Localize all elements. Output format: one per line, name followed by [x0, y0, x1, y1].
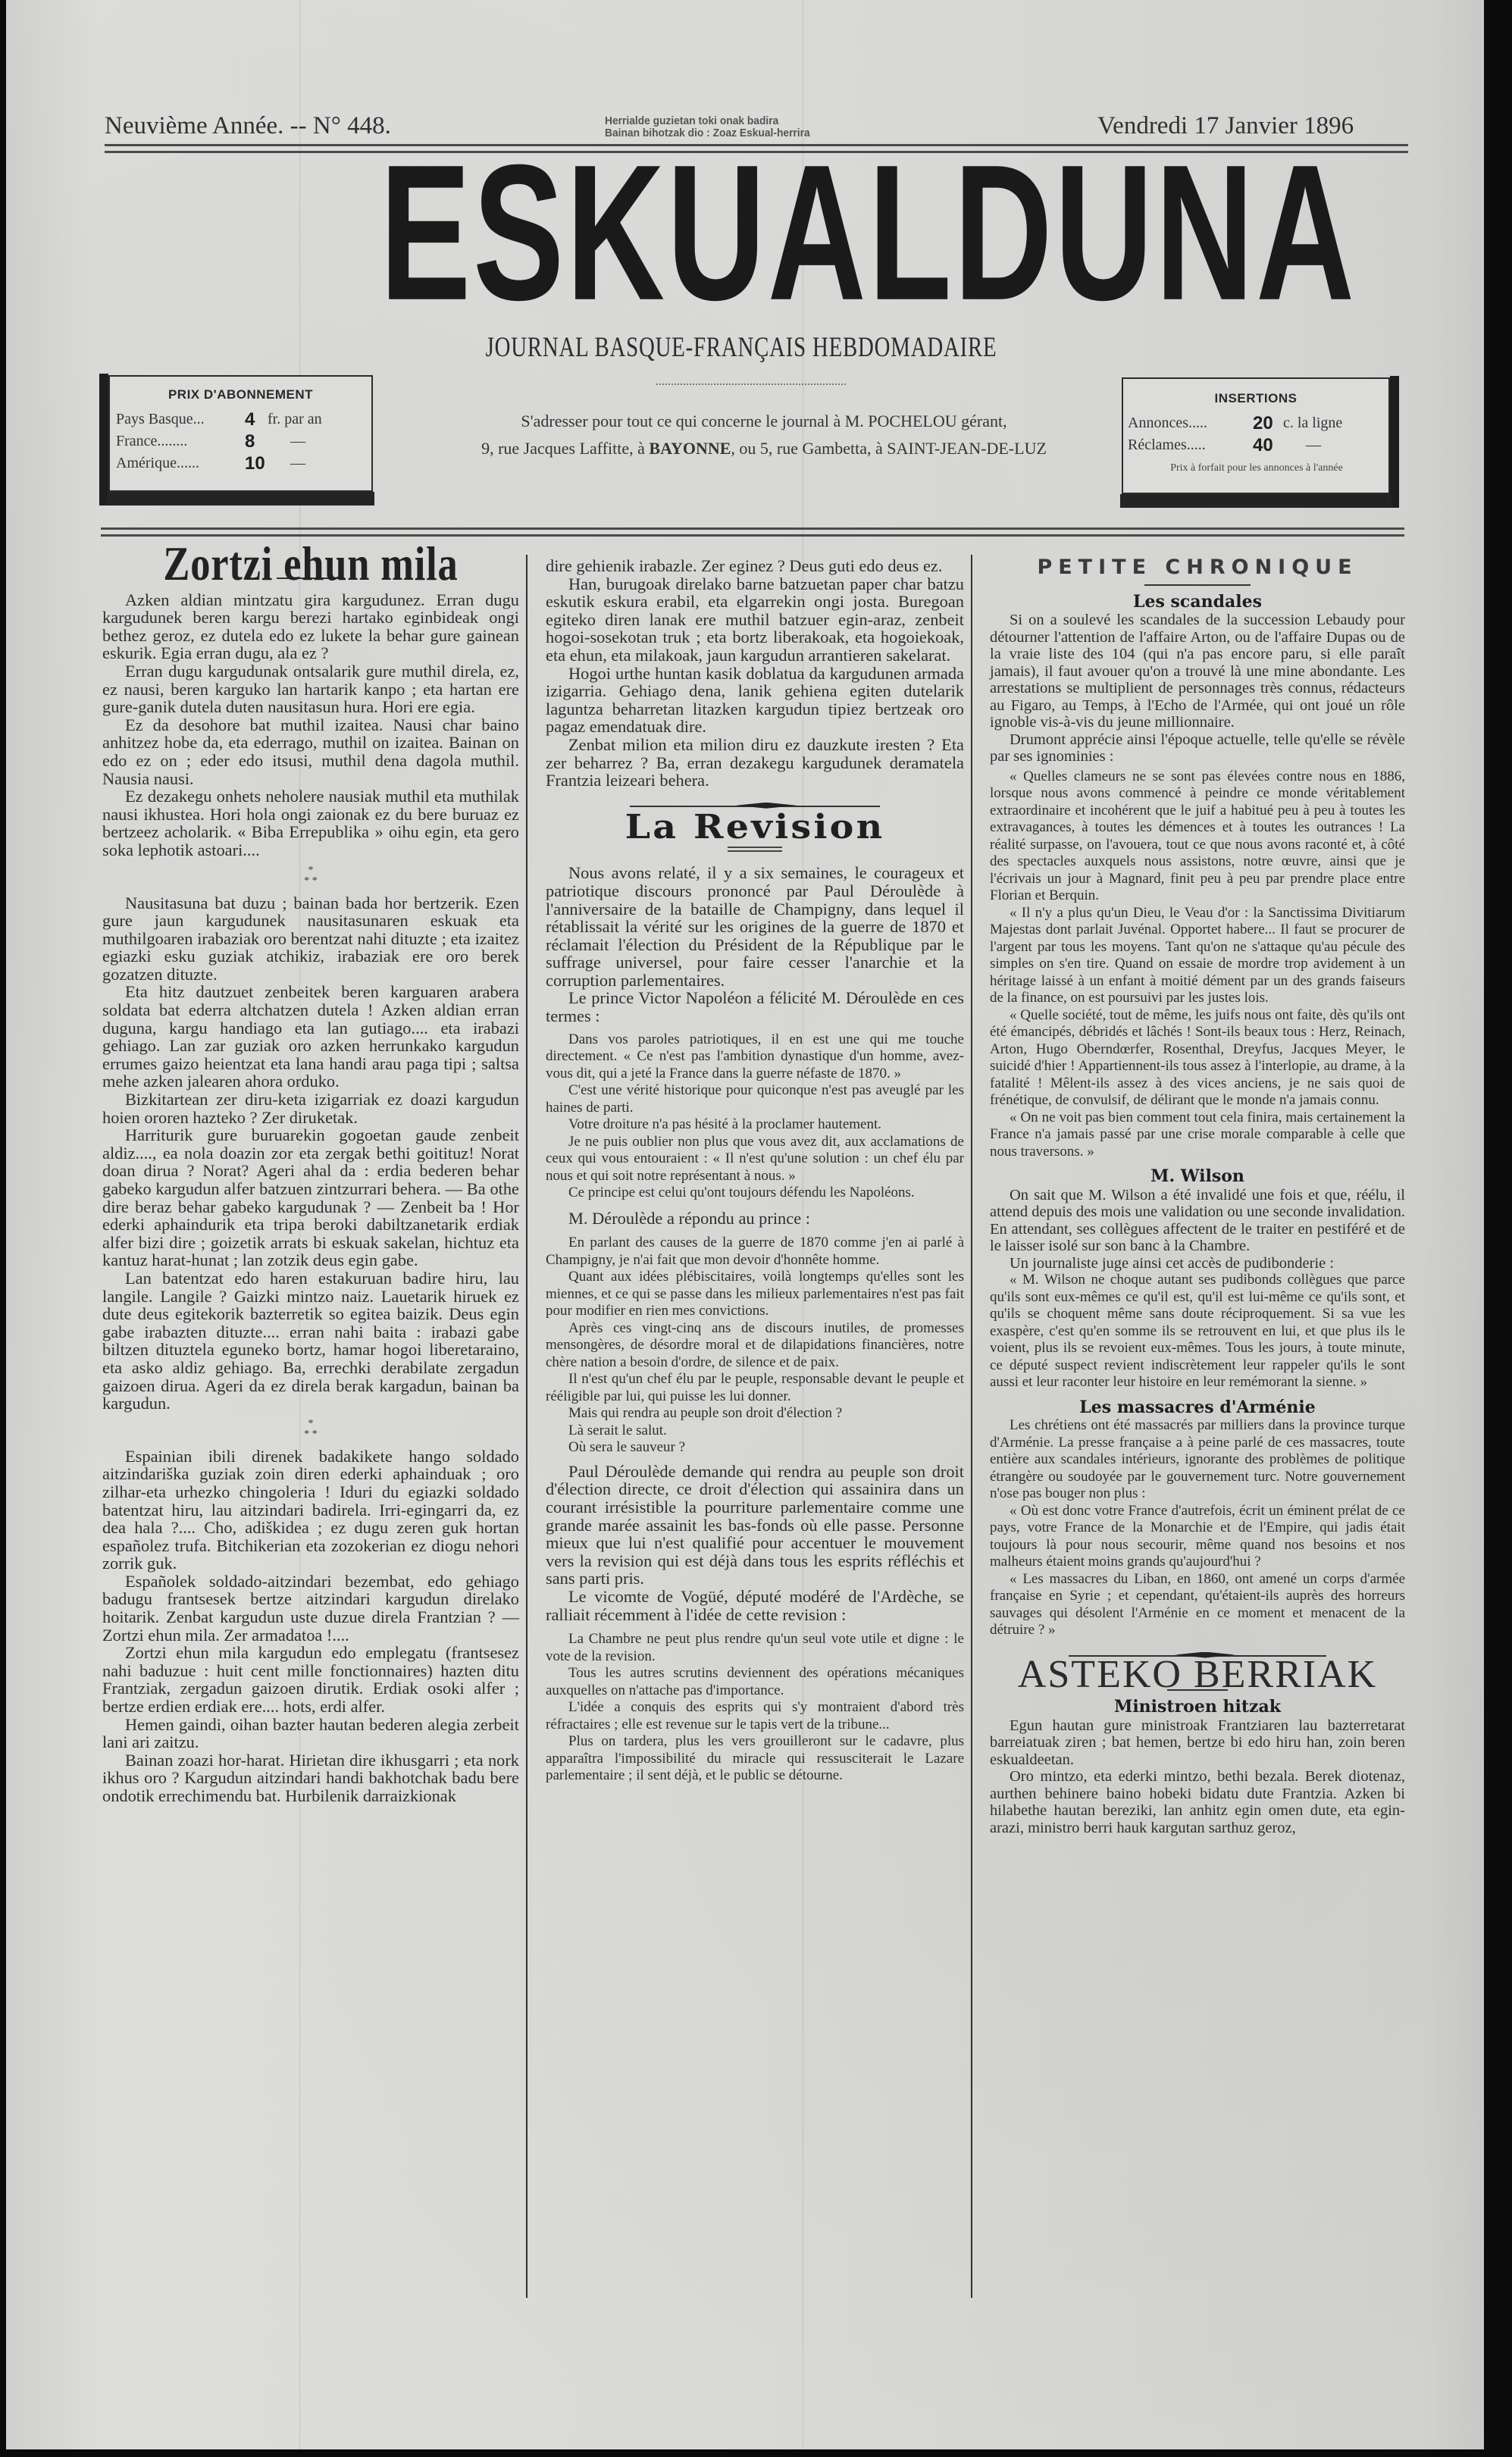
column-divider [526, 555, 527, 2298]
row-price: 20 [1253, 412, 1283, 434]
issue-number: Neuvième Année. -- N° 448. [105, 112, 391, 140]
row-unit: c. la ligne [1283, 412, 1342, 434]
section-heading: ASTEKO BERRIAK [990, 1667, 1405, 1684]
paragraph: Bainan zoazi hor-harat. Hirietan dire ik… [102, 1751, 519, 1805]
insertions-heading: INSERTIONS [1123, 391, 1388, 406]
paragraph: Harriturik gure buruarekin gogoetan gaud… [102, 1126, 519, 1269]
newspaper-page: Neuvième Année. -- N° 448. Herrialde guz… [6, 0, 1484, 2449]
paragraph: Le vicomte de Vogüé, député modéré de l'… [546, 1588, 964, 1623]
subscription-row: Pays Basque... 4 fr. par an [116, 408, 367, 430]
paragraph: Españolek soldado-aitzindari bezembat, e… [102, 1573, 519, 1644]
article-heading: Ministroen hitzak [990, 1698, 1405, 1716]
heading-rule [728, 847, 782, 852]
paragraph: Espainian ibili direnek badakikete hango… [102, 1448, 519, 1573]
paragraph: Egun hautan gure ministroak Frantziaren … [990, 1717, 1405, 1769]
insertions-box: INSERTIONS Annonces..... 20 c. la ligne … [1122, 377, 1390, 494]
row-label: Amérique...... [116, 452, 245, 474]
row-unit: — [290, 430, 305, 452]
asterism-divider: ** * [102, 1419, 519, 1440]
quote-paragraph: Plus on tardera, plus les vers grouiller… [546, 1733, 964, 1785]
quote-paragraph: « M. Wilson ne choque autant ses pudibon… [990, 1272, 1405, 1391]
row-label: Réclames..... [1128, 434, 1253, 456]
address-street: 9, rue Jacques Laffitte, à [481, 439, 649, 458]
quote-paragraph: Dans vos paroles patriotiques, il en est… [546, 1031, 964, 1083]
box-shadow [1120, 494, 1391, 508]
quote-paragraph: L'idée a conquis des esprits qui s'y mon… [546, 1699, 964, 1733]
row-unit: — [1306, 434, 1321, 456]
paragraph: Eta hitz dautzuet zenbeitek beren kargua… [102, 983, 519, 1091]
subscription-box: PRIX D'ABONNEMENT Pays Basque... 4 fr. p… [108, 375, 373, 492]
quote-paragraph: « Il n'y a plus qu'un Dieu, le Veau d'or… [990, 905, 1405, 1007]
paragraph: M. Déroulède a répondu au prince : [546, 1210, 964, 1228]
paragraph: Azken aldian mintzatu gira kargudunez. E… [102, 591, 519, 662]
paragraph: Nous avons relaté, il y a six semaines, … [546, 864, 964, 989]
quote-paragraph: « Quelles clameurs ne se sont pas élevée… [990, 768, 1405, 905]
newspaper-subtitle: JOURNAL BASQUE-FRANÇAIS HEBDOMADAIRE [475, 331, 1007, 364]
quote-paragraph: Ce principe est celui qu'ont toujours dé… [546, 1185, 964, 1202]
quote-paragraph: En parlant des causes de la guerre de 18… [546, 1235, 964, 1269]
address-line-2: 9, rue Jacques Laffitte, à BAYONNE, ou 5… [385, 435, 1143, 462]
paragraph: Lan batentzat edo haren estakuruan badir… [102, 1269, 519, 1413]
quote-paragraph: La Chambre ne peut plus rendre qu'un seu… [546, 1631, 964, 1665]
paragraph: Bizkitartean zer diru-keta izigarriak ez… [102, 1091, 519, 1126]
paragraph: Un journaliste juge ainsi cet accès de p… [990, 1255, 1405, 1272]
row-price: 10 [245, 452, 290, 474]
article-heading: M. Wilson [990, 1168, 1405, 1185]
quote-paragraph: Je ne puis oublier non plus que vous ave… [546, 1134, 964, 1185]
quote-paragraph: « Les massacres du Liban, en 1860, ont a… [990, 1571, 1405, 1639]
row-price: 4 [245, 408, 268, 430]
quote-paragraph: Tous les autres scrutins deviennent des … [546, 1665, 964, 1699]
insertions-row: Réclames..... 40 — [1128, 434, 1385, 456]
quote-paragraph: C'est une vérité historique pour quiconq… [546, 1082, 964, 1116]
paragraph: Zenbat milion eta milion diru ez dauzkut… [546, 736, 964, 790]
ornament-divider [656, 383, 846, 388]
column-2: dire gehienik irabazle. Zer eginez ? Deu… [546, 557, 964, 1785]
paragraph: Hogoi urthe huntan kasik doblatua da kar… [546, 665, 964, 736]
newspaper-title: ESKUALDUNA [380, 155, 1133, 310]
paragraph: Le prince Victor Napoléon a félicité M. … [546, 989, 964, 1025]
asterism-divider: ** * [102, 865, 519, 887]
paragraph: Ez dezakegu onhets neholere nausiak muth… [102, 787, 519, 859]
box-shadow [99, 374, 108, 505]
paragraph: Drumont apprécie ainsi l'époque actuelle… [990, 731, 1405, 765]
insertions-row: Annonces..... 20 c. la ligne [1128, 412, 1385, 434]
box-shadow [1390, 376, 1399, 508]
row-label: France........ [116, 430, 245, 452]
paragraph: Oro mintzo, eta ederki mintzo, bethi bez… [990, 1768, 1405, 1836]
section-heading: PETITE CHRONIQUE [990, 559, 1405, 577]
row-unit: fr. par an [268, 408, 322, 430]
quote-paragraph: Là serait le salut. [546, 1423, 964, 1440]
publisher-address: S'adresser pour tout ce qui concerne le … [385, 408, 1143, 462]
quote-paragraph: Votre droiture n'a pas hésité à la procl… [546, 1116, 964, 1134]
section-rule [101, 527, 1404, 530]
paragraph: Han, burugoak direlako barne batzuetan p… [546, 575, 964, 665]
paragraph: Hemen gaindi, oihan bazter hautan bedere… [102, 1716, 519, 1751]
quote-paragraph: Quant aux idées plébiscitaires, voilà lo… [546, 1269, 964, 1320]
heading-rule [1144, 584, 1251, 586]
quote-paragraph: « On ne voit pas bien comment tout cela … [990, 1110, 1405, 1161]
article-heading: La Revision [529, 818, 981, 837]
quote-paragraph: « Où est donc votre France d'autrefois, … [990, 1503, 1405, 1571]
subscription-row: France........ 8 — [116, 430, 367, 452]
column-1: Zortzi ehun mila Azken aldian mintzatu g… [102, 546, 519, 1805]
article-heading: Zortzi ehun mila [140, 555, 482, 573]
article-heading: Les massacres d'Arménie [990, 1399, 1405, 1416]
quote-paragraph: Mais qui rendra au peuple son droit d'él… [546, 1405, 964, 1423]
subscription-heading: PRIX D'ABONNEMENT [110, 387, 371, 402]
quote-paragraph: « Quelle société, tout de même, les juif… [990, 1007, 1405, 1110]
address-line-1: S'adresser pour tout ce qui concerne le … [385, 408, 1143, 435]
paragraph: Ez da desohore bat muthil izaitea. Nausi… [102, 716, 519, 787]
paragraph: Zortzi ehun mila kargudun edo emplegatu … [102, 1644, 519, 1715]
paragraph: dire gehienik irabazle. Zer eginez ? Deu… [546, 557, 964, 575]
box-shadow [107, 492, 374, 505]
row-price: 8 [245, 430, 290, 452]
row-label: Pays Basque... [116, 408, 245, 430]
paragraph: Nausitasuna bat duzu ; bainan bada hor b… [102, 894, 519, 984]
quote-paragraph: Après ces vingt-cinq ans de discours inu… [546, 1320, 964, 1372]
row-label: Annonces..... [1128, 412, 1253, 434]
row-unit: — [290, 452, 305, 474]
column-divider [971, 555, 972, 2298]
address-city: BAYONNE [649, 439, 731, 458]
article-heading: Les scandales [990, 593, 1405, 611]
paragraph: Les chrétiens ont été massacrés par mill… [990, 1417, 1405, 1503]
paragraph: On sait que M. Wilson a été invalidé une… [990, 1187, 1405, 1255]
subscription-row: Amérique...... 10 — [116, 452, 367, 474]
insertions-note: Prix à forfait pour les annonces à l'ann… [1128, 462, 1385, 474]
ornament-divider [1069, 1650, 1326, 1662]
row-price: 40 [1253, 434, 1306, 456]
paragraph: Paul Déroulède demande qui rendra au peu… [546, 1463, 964, 1588]
quote-paragraph: Où sera le sauveur ? [546, 1439, 964, 1457]
column-3: PETITE CHRONIQUE Les scandales Si on a s… [990, 546, 1405, 1836]
address-alt: , ou 5, rue Gambetta, à SAINT-JEAN-DE-LU… [731, 439, 1046, 458]
quote-paragraph: Il n'est qu'un chef élu par le peuple, r… [546, 1371, 964, 1405]
paragraph: Erran dugu kargudunak ontsalarik gure mu… [102, 662, 519, 716]
paragraph: Si on a soulevé les scandales de la succ… [990, 612, 1405, 731]
